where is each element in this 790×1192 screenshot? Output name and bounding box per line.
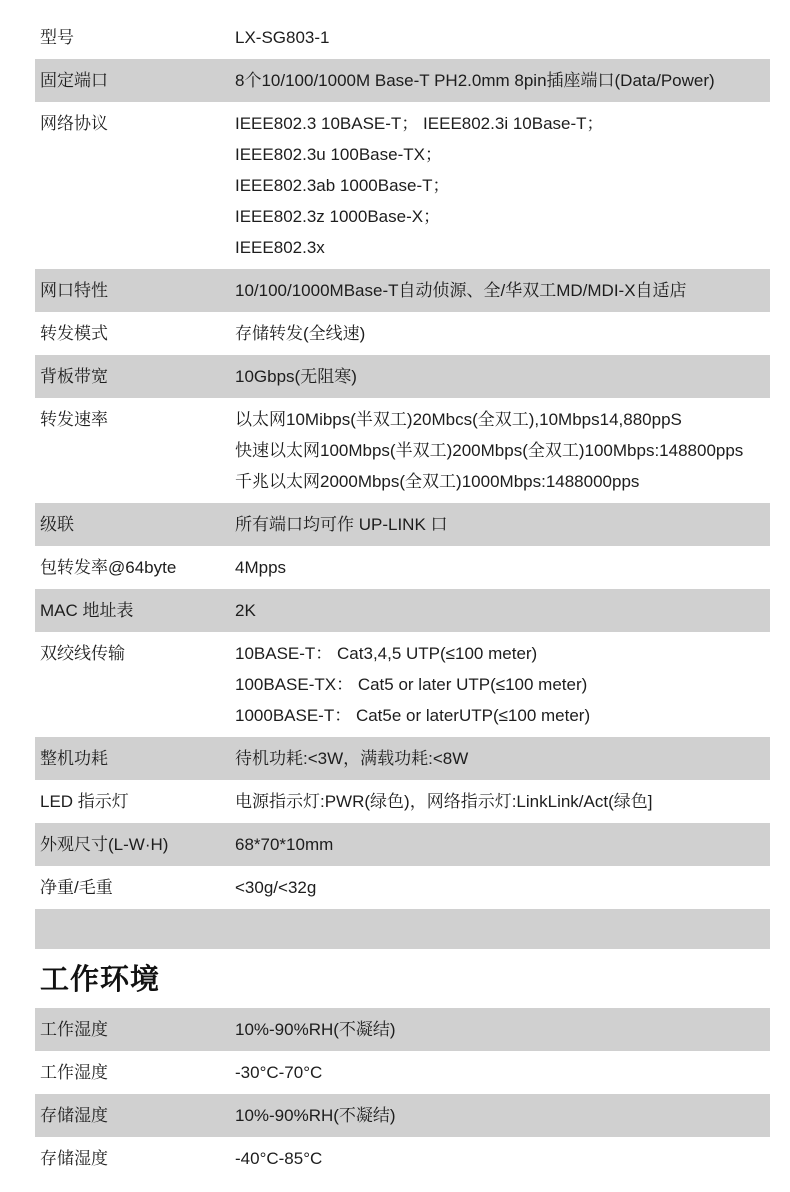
spec-value-line: IEEE802.3ab 1000Base-T； xyxy=(235,170,770,201)
spec-value: 10Gbps(无阻寒) xyxy=(235,361,770,392)
spec-value-line: 8个10/100/1000M Base-T PH2.0mm 8pin插座端口(D… xyxy=(235,65,770,96)
spec-value-line: 10Gbps(无阻寒) xyxy=(235,361,770,392)
spec-value-line: 以太网10Mibps(半双工)20Mbcs(全双工),10Mbps14,880p… xyxy=(235,404,770,435)
spec-row: 存储湿度 10%-90%RH(不凝结) xyxy=(35,1094,770,1137)
spec-label: MAC 地址表 xyxy=(35,595,235,626)
spec-value-line: 4Mpps xyxy=(235,552,770,583)
spec-label: 整机功耗 xyxy=(35,743,235,774)
spec-row: 包转发率@64byte 4Mpps xyxy=(35,546,770,589)
spec-value-line: 千兆以太网2000Mbps(全双工)1000Mbps:1488000pps xyxy=(235,466,770,497)
spec-value: 2K xyxy=(235,595,770,626)
spec-value-line: 10/100/1000MBase-T自动侦源、全/华双工MD/MDI-X自适店 xyxy=(235,275,770,306)
spec-value: 电源指示灯:PWR(绿色)，网络指示灯:LinkLink/Act(绿色] xyxy=(235,786,770,817)
spec-value: 以太网10Mibps(半双工)20Mbcs(全双工),10Mbps14,880p… xyxy=(235,404,770,497)
spec-row: 背板带宽 10Gbps(无阻寒) xyxy=(35,355,770,398)
spec-value: <30g/<32g xyxy=(235,872,770,903)
spec-value-line: 2K xyxy=(235,595,770,626)
spec-row: 工作湿度 10%-90%RH(不凝结) xyxy=(35,1008,770,1051)
spec-label: 背板带宽 xyxy=(35,361,235,392)
spec-value: 10%-90%RH(不凝结) xyxy=(235,1014,770,1045)
spec-row: 型号 LX-SG803-1 xyxy=(35,16,770,59)
spec-value: 10/100/1000MBase-T自动侦源、全/华双工MD/MDI-X自适店 xyxy=(235,275,770,306)
spec-label: 型号 xyxy=(35,22,235,53)
spec-label: 固定端口 xyxy=(35,65,235,96)
spec-row: 级联 所有端口均可作 UP-LINK 口 xyxy=(35,503,770,546)
spec-row: 存储湿度 -40°C-85°C xyxy=(35,1137,770,1180)
spec-value-line: 存储转发(全线速) xyxy=(235,318,770,349)
spec-label: 转发模式 xyxy=(35,318,235,349)
spec-row: 转发模式 存储转发(全线速) xyxy=(35,312,770,355)
spec-value-line: IEEE802.3u 100Base-TX； xyxy=(235,139,770,170)
spec-value-line: 100BASE-TX： Cat5 or later UTP(≤100 meter… xyxy=(235,669,770,700)
spec-value: 4Mpps xyxy=(235,552,770,583)
spec-value-line: <30g/<32g xyxy=(235,872,770,903)
spec-value-line: IEEE802.3 10BASE-T； IEEE802.3i 10Base-T； xyxy=(235,108,770,139)
spec-label: 转发速率 xyxy=(35,404,235,435)
spec-row: 网络协议 IEEE802.3 10BASE-T； IEEE802.3i 10Ba… xyxy=(35,102,770,269)
spec-label: 包转发率@64byte xyxy=(35,552,235,583)
spec-value: -40°C-85°C xyxy=(235,1143,770,1174)
spec-value: 所有端口均可作 UP-LINK 口 xyxy=(235,509,770,540)
spec-sheet: 型号 LX-SG803-1 固定端口 8个10/100/1000M Base-T… xyxy=(0,0,790,1192)
spec-value-line: 10%-90%RH(不凝结) xyxy=(235,1014,770,1045)
spec-value: IEEE802.3 10BASE-T； IEEE802.3i 10Base-T；… xyxy=(235,108,770,263)
spec-row: 外观尺寸(L-W·H) 68*70*10mm xyxy=(35,823,770,866)
spec-label: 网口特性 xyxy=(35,275,235,306)
spec-value-line: LX-SG803-1 xyxy=(235,22,770,53)
spec-row: 净重/毛重 <30g/<32g xyxy=(35,866,770,909)
spec-value: 10BASE-T： Cat3,4,5 UTP(≤100 meter)100BAS… xyxy=(235,638,770,731)
spec-label: 存储湿度 xyxy=(35,1100,235,1131)
spec-label: 工作湿度 xyxy=(35,1014,235,1045)
spec-value-line: IEEE802.3z 1000Base-X； xyxy=(235,201,770,232)
spec-row: 网口特性 10/100/1000MBase-T自动侦源、全/华双工MD/MDI-… xyxy=(35,269,770,312)
environment-spec-table: 工作湿度 10%-90%RH(不凝结) 工作湿度 -30°C-70°C 存储湿度… xyxy=(35,1008,770,1180)
spec-label: LED 指示灯 xyxy=(35,786,235,817)
spec-value: 存储转发(全线速) xyxy=(235,318,770,349)
spec-value-line: 10BASE-T： Cat3,4,5 UTP(≤100 meter) xyxy=(235,638,770,669)
spec-row: 工作湿度 -30°C-70°C xyxy=(35,1051,770,1094)
spec-value-line: 快速以太网100Mbps(半双工)200Mbps(全双工)100Mbps:148… xyxy=(235,435,770,466)
spec-value: -30°C-70°C xyxy=(235,1057,770,1088)
spec-value-line: 10%-90%RH(不凝结) xyxy=(235,1100,770,1131)
spec-label: 网络协议 xyxy=(35,108,235,139)
spec-value-line: IEEE802.3x xyxy=(235,232,770,263)
spec-value-line: 1000BASE-T： Cat5e or laterUTP(≤100 meter… xyxy=(235,700,770,731)
section-divider-band xyxy=(35,909,770,949)
spec-label: 工作湿度 xyxy=(35,1057,235,1088)
spec-label: 净重/毛重 xyxy=(35,872,235,903)
spec-label: 外观尺寸(L-W·H) xyxy=(35,829,235,860)
spec-row: 转发速率 以太网10Mibps(半双工)20Mbcs(全双工),10Mbps14… xyxy=(35,398,770,503)
spec-value-line: -30°C-70°C xyxy=(235,1057,770,1088)
spec-value-line: 待机功耗:<3W，满载功耗:<8W xyxy=(235,743,770,774)
spec-row: 固定端口 8个10/100/1000M Base-T PH2.0mm 8pin插… xyxy=(35,59,770,102)
spec-value-line: 68*70*10mm xyxy=(235,829,770,860)
spec-label: 存储湿度 xyxy=(35,1143,235,1174)
spec-value-line: 所有端口均可作 UP-LINK 口 xyxy=(235,509,770,540)
spec-value-line: -40°C-85°C xyxy=(235,1143,770,1174)
spec-row: 双绞线传输 10BASE-T： Cat3,4,5 UTP(≤100 meter)… xyxy=(35,632,770,737)
spec-value: LX-SG803-1 xyxy=(235,22,770,53)
spec-row: LED 指示灯 电源指示灯:PWR(绿色)，网络指示灯:LinkLink/Act… xyxy=(35,780,770,823)
spec-value: 68*70*10mm xyxy=(235,829,770,860)
environment-section-title: 工作环境 xyxy=(35,957,770,998)
spec-row: MAC 地址表 2K xyxy=(35,589,770,632)
spec-label: 双绞线传输 xyxy=(35,638,235,669)
spec-value: 10%-90%RH(不凝结) xyxy=(235,1100,770,1131)
spec-label: 级联 xyxy=(35,509,235,540)
spec-value-line: 电源指示灯:PWR(绿色)，网络指示灯:LinkLink/Act(绿色] xyxy=(235,786,770,817)
spec-value: 8个10/100/1000M Base-T PH2.0mm 8pin插座端口(D… xyxy=(235,65,770,96)
spec-row: 整机功耗 待机功耗:<3W，满载功耗:<8W xyxy=(35,737,770,780)
spec-value: 待机功耗:<3W，满载功耗:<8W xyxy=(235,743,770,774)
main-spec-table: 型号 LX-SG803-1 固定端口 8个10/100/1000M Base-T… xyxy=(35,16,770,909)
